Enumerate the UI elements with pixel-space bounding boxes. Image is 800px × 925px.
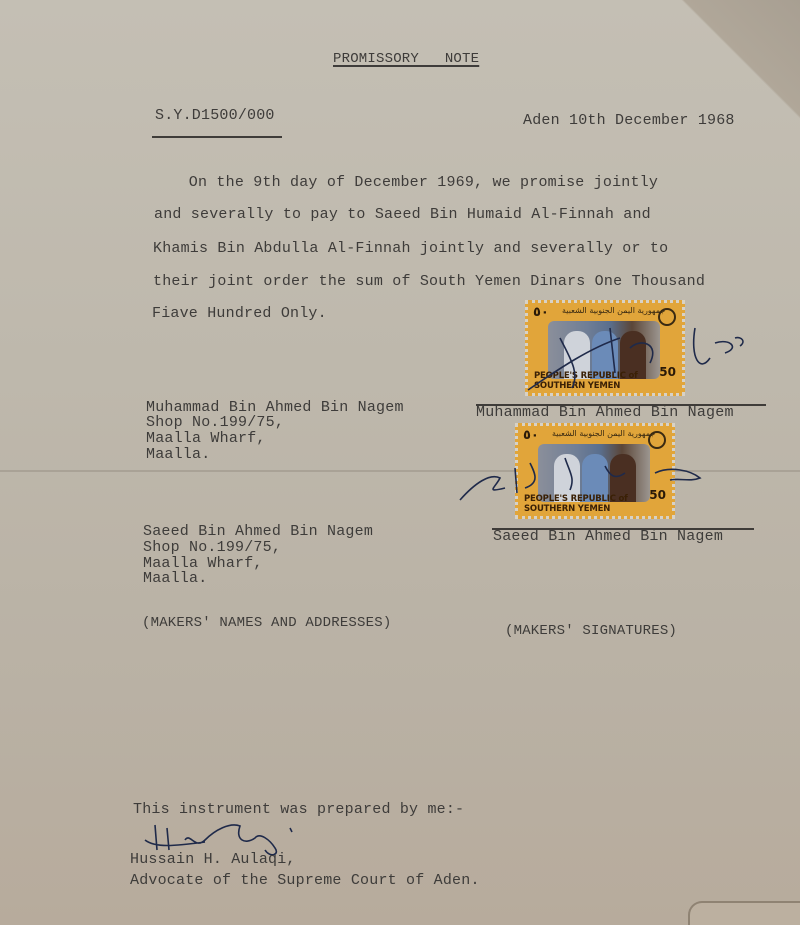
place-date: Aden 10th December 1968 — [523, 112, 735, 130]
signature-muhammad — [520, 318, 750, 398]
body-line: Khamis Bin Abdulla Al-Finnah jointly and… — [153, 240, 668, 258]
reference-underline — [152, 136, 282, 138]
maker-address-line: Maalla. — [143, 570, 207, 588]
document-paper: PROMISSORY NOTE S.Y.D1500/000 Aden 10th … — [0, 0, 800, 925]
stamp-arabic-header: جمهورية اليمن الجنوبية الشعبية — [562, 306, 665, 315]
body-line: their joint order the sum of South Yemen… — [153, 273, 705, 291]
document-title: PROMISSORY NOTE — [333, 50, 479, 68]
body-line: Fiave Hundred Only. — [152, 305, 327, 323]
signature-name-2: Saeed Bin Ahmed Bin Nagem — [493, 528, 723, 546]
signature-saeed — [455, 448, 715, 508]
preparer-name: Hussain H. Aulaqi, — [130, 851, 296, 869]
reference-number: S.Y.D1500/000 — [155, 107, 275, 125]
stamp-arabic-header: جمهورية اليمن الجنوبية الشعبية — [552, 429, 655, 438]
body-line: and severally to pay to Saeed Bin Humaid… — [154, 206, 651, 224]
paper-torn-edge — [688, 901, 800, 925]
scout-emblem-icon — [648, 431, 666, 449]
prepared-by-line: This instrument was prepared by me:- — [133, 801, 464, 819]
makers-signatures-label: (MAKERS' SIGNATURES) — [505, 622, 677, 640]
preparer-title: Advocate of the Supreme Court of Aden. — [130, 872, 480, 890]
maker-address-line: Maalla. — [146, 446, 210, 464]
body-line: On the 9th day of December 1969, we prom… — [152, 174, 658, 192]
makers-names-label: (MAKERS' NAMES AND ADDRESSES) — [142, 614, 391, 632]
stamp-value-arabic: ٥٠ — [523, 428, 539, 443]
signature-name-1: Muhammad Bin Ahmed Bin Nagem — [476, 404, 734, 422]
